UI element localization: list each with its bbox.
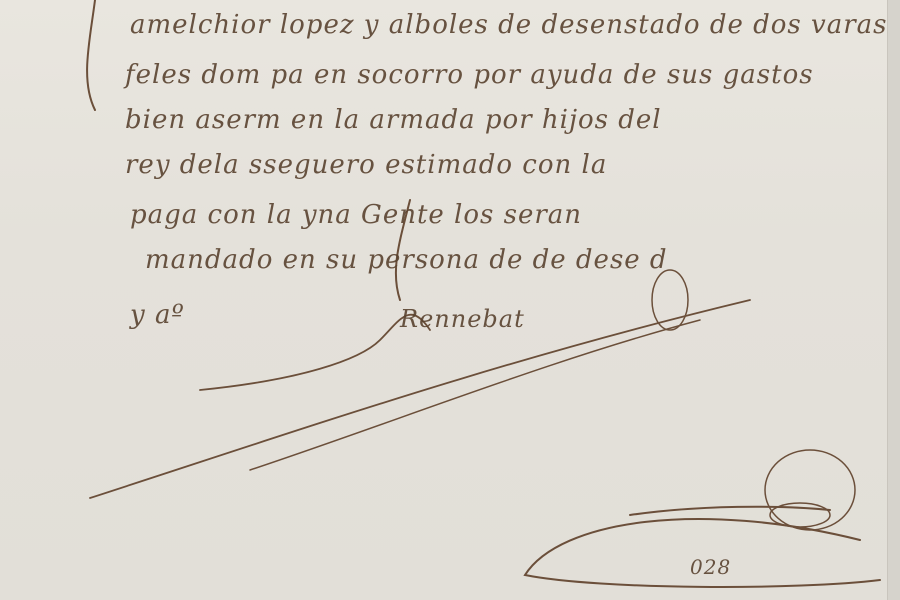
- manuscript-line-2: feles dom pa en socorro por ayuda de sus…: [125, 60, 814, 90]
- signature-2-annotation: 028: [690, 555, 731, 579]
- signature-1: Rennebat: [400, 305, 525, 333]
- manuscript-line-1: amelchior lopez y alboles de desenstado …: [130, 10, 887, 40]
- manuscript-line-6: mandado en su persona de de dese d: [145, 245, 668, 275]
- manuscript-line-5: paga con la yna Gente los seran: [130, 200, 582, 230]
- manuscript-line-4: rey dela sseguero estimado con la: [125, 150, 607, 180]
- manuscript-line-3: bien aserm en la armada por hijos del: [125, 105, 662, 135]
- manuscript-page: amelchior lopez y alboles de desenstado …: [0, 0, 900, 600]
- manuscript-line-7: y aº: [130, 300, 185, 330]
